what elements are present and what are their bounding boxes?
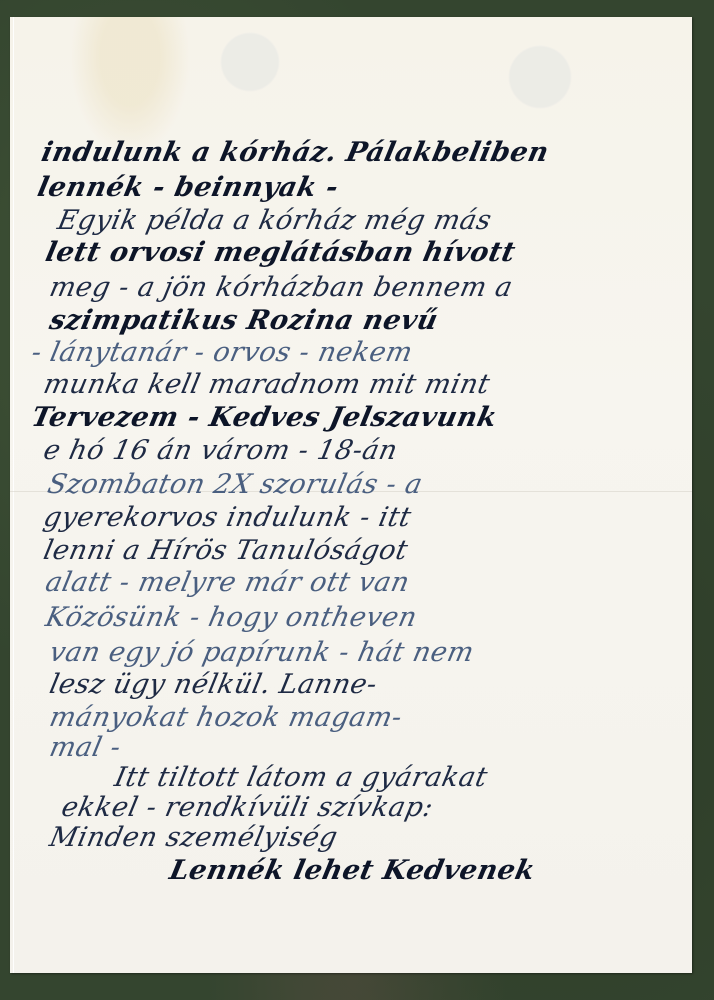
handwritten-line: lett orvosi meglátásban hívott xyxy=(43,237,519,268)
handwritten-line: Tervezem - Kedves Jelszavunk xyxy=(29,402,500,433)
handwritten-line: gyerekorvos indulunk - itt xyxy=(41,502,415,533)
handwritten-line: meg - a jön kórházban bennem a xyxy=(47,272,516,303)
handwritten-line: Itt tiltott látom a gyárakat xyxy=(112,762,491,793)
handwritten-signature-line: Lennék lehet Kedvenek xyxy=(167,855,538,886)
handwritten-line: - lánytanár - orvos - nekem xyxy=(29,337,416,368)
handwritten-line: lenni a Hírös Tanulóságot xyxy=(41,535,411,566)
handwritten-line: alatt - melyre már ott van xyxy=(43,567,413,598)
handwritten-line: indulunk a kórház. Pálakbeliben xyxy=(39,137,552,168)
handwritten-line: mányokat hozok magam- xyxy=(47,702,405,733)
handwritten-line: ekkel - rendkívüli szívkap: xyxy=(59,792,437,823)
handwritten-line: Szombaton 2X szorulás - a xyxy=(45,469,426,500)
handwritten-line: Minden személyiség xyxy=(47,822,341,853)
handwritten-line: lennék - beinnyak - xyxy=(35,172,342,203)
handwritten-line: mal - xyxy=(47,732,124,763)
paper-fold-vertical xyxy=(13,17,14,973)
handwritten-line: van egy jó papírunk - hát nem xyxy=(47,637,477,668)
handwritten-line: Egyik példa a kórház még más xyxy=(55,205,495,236)
handwritten-line: szimpatikus Rozina nevű xyxy=(47,305,441,336)
handwritten-line: Közösünk - hogy ontheven xyxy=(43,602,420,633)
handwritten-line: munka kell maradnom mit mint xyxy=(41,369,493,400)
handwritten-line: lesz ügy nélkül. Lanne- xyxy=(47,669,380,700)
letter-page: indulunk a kórház. Pálakbeliben lennék -… xyxy=(10,17,692,973)
handwritten-line: e hó 16 án várom - 18-án xyxy=(41,435,401,466)
